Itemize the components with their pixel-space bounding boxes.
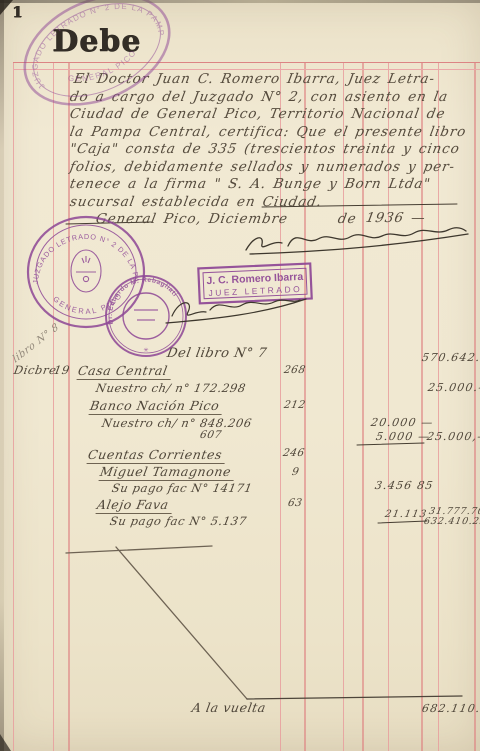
ledger-account: Alejo Fava — [96, 497, 175, 514]
certificate-line: Ciudad de General Pico, Territorio Nacio… — [69, 106, 447, 122]
carry-forward-total: 682.110.29 — [421, 702, 480, 715]
rule-horizontal-header — [13, 62, 480, 63]
ledger-detail: Su pago fac N° 5.137 — [109, 514, 248, 528]
amount-mid: 20.000 — — [370, 416, 435, 429]
coat-of-arms — [71, 250, 101, 292]
amount-mid: 3.456 85 — [374, 479, 435, 492]
subtotal-line — [378, 521, 427, 523]
folio-number: 246 — [282, 447, 306, 459]
stamp-arc-text: Dr. Eduardo M. Rebagliati — [107, 277, 179, 325]
rule-horizontal-header2 — [13, 69, 480, 70]
amount-right: 25.000,— — [426, 430, 480, 443]
ledger-detail: Nuestro ch/ n° 848.206 — [101, 416, 253, 430]
rule-vertical — [474, 62, 476, 751]
svg-text:Dr. Eduardo M. Rebagliati: Dr. Eduardo M. Rebagliati — [107, 277, 179, 325]
amount-right: 570.642.51 — [421, 351, 480, 364]
ledger-page: 1 Debe libro N° 8 Dicbre 19 El Doctor Ju… — [0, 0, 480, 751]
ledger-account: Cuentas Corrientes — [87, 447, 228, 464]
certificate-line: folios, debidamente sellados y numerados… — [69, 159, 457, 175]
folio-number: 63 — [287, 497, 303, 509]
ledger-heading: Del libro N° 7 — [166, 346, 269, 361]
ledger-account: Banco Nación Pico — [89, 398, 225, 415]
ledger-detail: 607 — [199, 429, 223, 441]
certificate-line: "Caja" consta de 335 (trescientos treint… — [69, 141, 462, 157]
stamp-inner-dashes — [134, 310, 158, 320]
page-title-debe: Debe — [52, 24, 141, 59]
ledger-account: Casa Central — [77, 363, 174, 380]
stamp-role-text: JUEZ LETRADO — [208, 284, 302, 298]
scan-corner-bottom-left — [0, 734, 11, 751]
certificate-dateline-year: 1936 — — [365, 210, 427, 226]
stamp-star: ✳ — [143, 347, 148, 354]
carry-forward-label: A la vuelta — [191, 700, 268, 715]
scan-edge-left — [0, 0, 4, 751]
ledger-account: Miguel Tamagnone — [99, 464, 237, 481]
scan-edge-top — [0, 0, 480, 3]
certificate-line: do a cargo del Juzgado N° 2, con asiento… — [69, 89, 450, 105]
date-day: 19 — [53, 363, 71, 377]
folio-number: 9 — [291, 466, 300, 478]
cancellation-zigzag — [66, 546, 462, 699]
notary-round-stamp: Dr. Eduardo M. Rebagliati ✳ — [106, 276, 186, 356]
certificate-dateline-de: de — [337, 211, 358, 227]
certificate-line: sucursal establecida en Ciudad. — [69, 194, 324, 210]
judge-rect-stamp: J. C. Romero Ibarra JUEZ LETRADO — [198, 264, 311, 304]
amount-right: 25.000.— — [427, 381, 480, 394]
notary-signature — [166, 299, 306, 323]
stamp-name-text: J. C. Romero Ibarra — [206, 271, 303, 287]
page-number: 1 — [12, 3, 23, 21]
certificate-dateline-place: General Pico, Diciembre — [95, 211, 290, 227]
date-month: Dicbre — [13, 363, 58, 377]
amount-right-lower: 632.410.29 — [423, 516, 480, 527]
certificate-line: El Doctor Juan C. Romero Ibarra, Juez Le… — [73, 71, 437, 87]
ledger-detail: Su pago fac N° 14171 — [111, 481, 254, 495]
svg-text:GENERAL PICO: GENERAL PICO — [51, 290, 124, 316]
certificate-line: la Pampa Central, certifica: Que el pres… — [69, 124, 468, 140]
rule-vertical — [53, 62, 54, 751]
certificate-line: tenece a la firma " S. A. Bunge y Born L… — [69, 176, 432, 192]
scan-corner-top-left — [0, 0, 13, 15]
folio-number: 268 — [283, 364, 307, 376]
folio-number: 212 — [283, 399, 307, 411]
amount-mid: 21.113 — [384, 509, 428, 520]
amount-mid: 5.000 — — [375, 430, 432, 443]
ledger-detail: Nuestro ch/ n° 172.298 — [95, 381, 247, 395]
stamp-arc-text: GENERAL PICO — [51, 290, 124, 316]
rule-vertical — [13, 62, 14, 751]
subtotal-line — [357, 443, 424, 445]
